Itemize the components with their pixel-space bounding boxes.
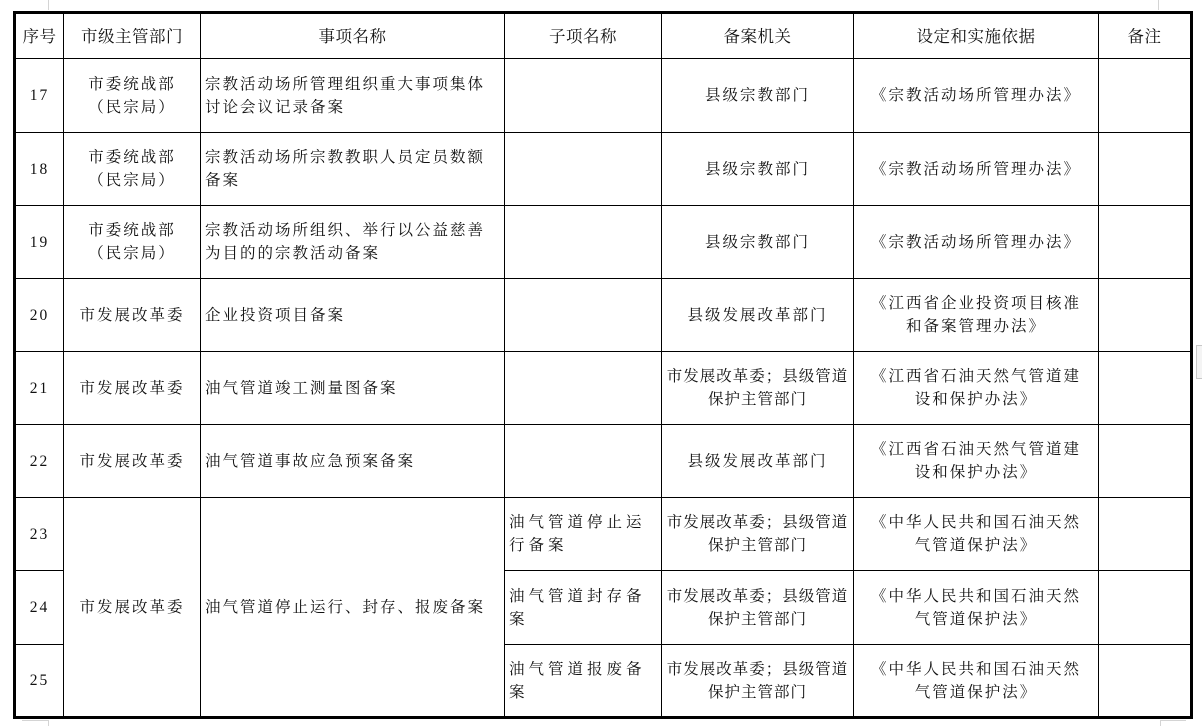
cell-department-merged: 市发展改革委 <box>64 498 201 718</box>
cell-index: 17 <box>15 59 64 133</box>
cell-index: 22 <box>15 425 64 498</box>
cell-filing-authority: 县级宗教部门 <box>662 133 854 206</box>
table-row: 20 市发展改革委 企业投资项目备案 县级发展改革部门 《江西省企业投资项目核准… <box>15 279 1192 352</box>
cell-sub-item <box>505 279 662 352</box>
cell-remarks <box>1099 498 1192 571</box>
cell-sub-item <box>505 352 662 425</box>
cell-legal-basis: 《中华人民共和国石油天然气管道保护法》 <box>854 498 1099 571</box>
header-legal-basis: 设定和实施依据 <box>854 13 1099 59</box>
cell-index: 25 <box>15 645 64 718</box>
header-item-name: 事项名称 <box>201 13 505 59</box>
cell-filing-authority: 市发展改革委；县级管道保护主管部门 <box>662 645 854 718</box>
filing-items-table: 序号 市级主管部门 事项名称 子项名称 备案机关 设定和实施依据 备注 17 市… <box>13 11 1193 719</box>
cell-item-name: 油气管道事故应急预案备案 <box>201 425 505 498</box>
cell-department: 市委统战部（民宗局） <box>64 206 201 279</box>
table-row: 17 市委统战部（民宗局） 宗教活动场所管理组织重大事项集体讨论会议记录备案 县… <box>15 59 1192 133</box>
header-remarks: 备注 <box>1099 13 1192 59</box>
cell-sub-item: 油气管道报废备案 <box>505 645 662 718</box>
cell-remarks <box>1099 425 1192 498</box>
table-row: 22 市发展改革委 油气管道事故应急预案备案 县级发展改革部门 《江西省石油天然… <box>15 425 1192 498</box>
page-corner-mark-bottom-right-v <box>1160 720 1161 726</box>
cell-item-name: 宗教活动场所组织、举行以公益慈善为目的的宗教活动备案 <box>201 206 505 279</box>
table-header-row: 序号 市级主管部门 事项名称 子项名称 备案机关 设定和实施依据 备注 <box>15 13 1192 59</box>
cell-filing-authority: 市发展改革委；县级管道保护主管部门 <box>662 571 854 645</box>
cell-department: 市发展改革委 <box>64 425 201 498</box>
cell-item-name: 宗教活动场所管理组织重大事项集体讨论会议记录备案 <box>201 59 505 133</box>
cell-remarks <box>1099 645 1192 718</box>
cell-filing-authority: 县级宗教部门 <box>662 206 854 279</box>
cell-index: 21 <box>15 352 64 425</box>
cell-department: 市发展改革委 <box>64 352 201 425</box>
cell-legal-basis: 《江西省石油天然气管道建设和保护办法》 <box>854 352 1099 425</box>
cell-item-name: 企业投资项目备案 <box>201 279 505 352</box>
cell-remarks <box>1099 279 1192 352</box>
header-index: 序号 <box>15 13 64 59</box>
page-corner-mark-top-right <box>1158 0 1159 10</box>
cell-remarks <box>1099 571 1192 645</box>
cell-index: 18 <box>15 133 64 206</box>
cell-filing-authority: 市发展改革委；县级管道保护主管部门 <box>662 352 854 425</box>
cell-sub-item <box>505 133 662 206</box>
cell-legal-basis: 《宗教活动场所管理办法》 <box>854 133 1099 206</box>
cell-remarks <box>1099 352 1192 425</box>
cell-remarks <box>1099 206 1192 279</box>
cell-legal-basis: 《中华人民共和国石油天然气管道保护法》 <box>854 645 1099 718</box>
table-row: 23 市发展改革委 油气管道停止运行、封存、报废备案 油气管道停止运行备案 市发… <box>15 498 1192 571</box>
header-sub-item: 子项名称 <box>505 13 662 59</box>
cell-filing-authority: 县级发展改革部门 <box>662 279 854 352</box>
cell-remarks <box>1099 133 1192 206</box>
cell-legal-basis: 《中华人民共和国石油天然气管道保护法》 <box>854 571 1099 645</box>
cell-remarks <box>1099 59 1192 133</box>
cell-index: 20 <box>15 279 64 352</box>
cell-item-name-merged: 油气管道停止运行、封存、报废备案 <box>201 498 505 718</box>
page-corner-mark-top-left <box>48 0 49 10</box>
page-corner-mark-bottom-right <box>1160 720 1186 721</box>
table-row: 18 市委统战部（民宗局） 宗教活动场所宗教教职人员定员数额备案 县级宗教部门 … <box>15 133 1192 206</box>
cell-index: 23 <box>15 498 64 571</box>
cell-sub-item <box>505 206 662 279</box>
cell-department: 市发展改革委 <box>64 279 201 352</box>
cell-index: 24 <box>15 571 64 645</box>
table-row: 21 市发展改革委 油气管道竣工测量图备案 市发展改革委；县级管道保护主管部门 … <box>15 352 1192 425</box>
header-department: 市级主管部门 <box>64 13 201 59</box>
cell-sub-item <box>505 425 662 498</box>
cell-sub-item <box>505 59 662 133</box>
cell-legal-basis: 《宗教活动场所管理办法》 <box>854 206 1099 279</box>
cell-filing-authority: 县级发展改革部门 <box>662 425 854 498</box>
cell-legal-basis: 《江西省企业投资项目核准和备案管理办法》 <box>854 279 1099 352</box>
page-corner-mark-bottom-left-v <box>48 720 49 726</box>
header-filing-authority: 备案机关 <box>662 13 854 59</box>
cell-item-name: 宗教活动场所宗教教职人员定员数额备案 <box>201 133 505 206</box>
cell-legal-basis: 《宗教活动场所管理办法》 <box>854 59 1099 133</box>
table-row: 19 市委统战部（民宗局） 宗教活动场所组织、举行以公益慈善为目的的宗教活动备案… <box>15 206 1192 279</box>
cell-legal-basis: 《江西省石油天然气管道建设和保护办法》 <box>854 425 1099 498</box>
side-panel-handle[interactable] <box>1196 345 1202 379</box>
cell-item-name: 油气管道竣工测量图备案 <box>201 352 505 425</box>
cell-sub-item: 油气管道停止运行备案 <box>505 498 662 571</box>
cell-index: 19 <box>15 206 64 279</box>
cell-department: 市委统战部（民宗局） <box>64 59 201 133</box>
cell-filing-authority: 市发展改革委；县级管道保护主管部门 <box>662 498 854 571</box>
cell-department: 市委统战部（民宗局） <box>64 133 201 206</box>
cell-sub-item: 油气管道封存备案 <box>505 571 662 645</box>
cell-filing-authority: 县级宗教部门 <box>662 59 854 133</box>
page-corner-mark-bottom-left <box>22 720 48 721</box>
